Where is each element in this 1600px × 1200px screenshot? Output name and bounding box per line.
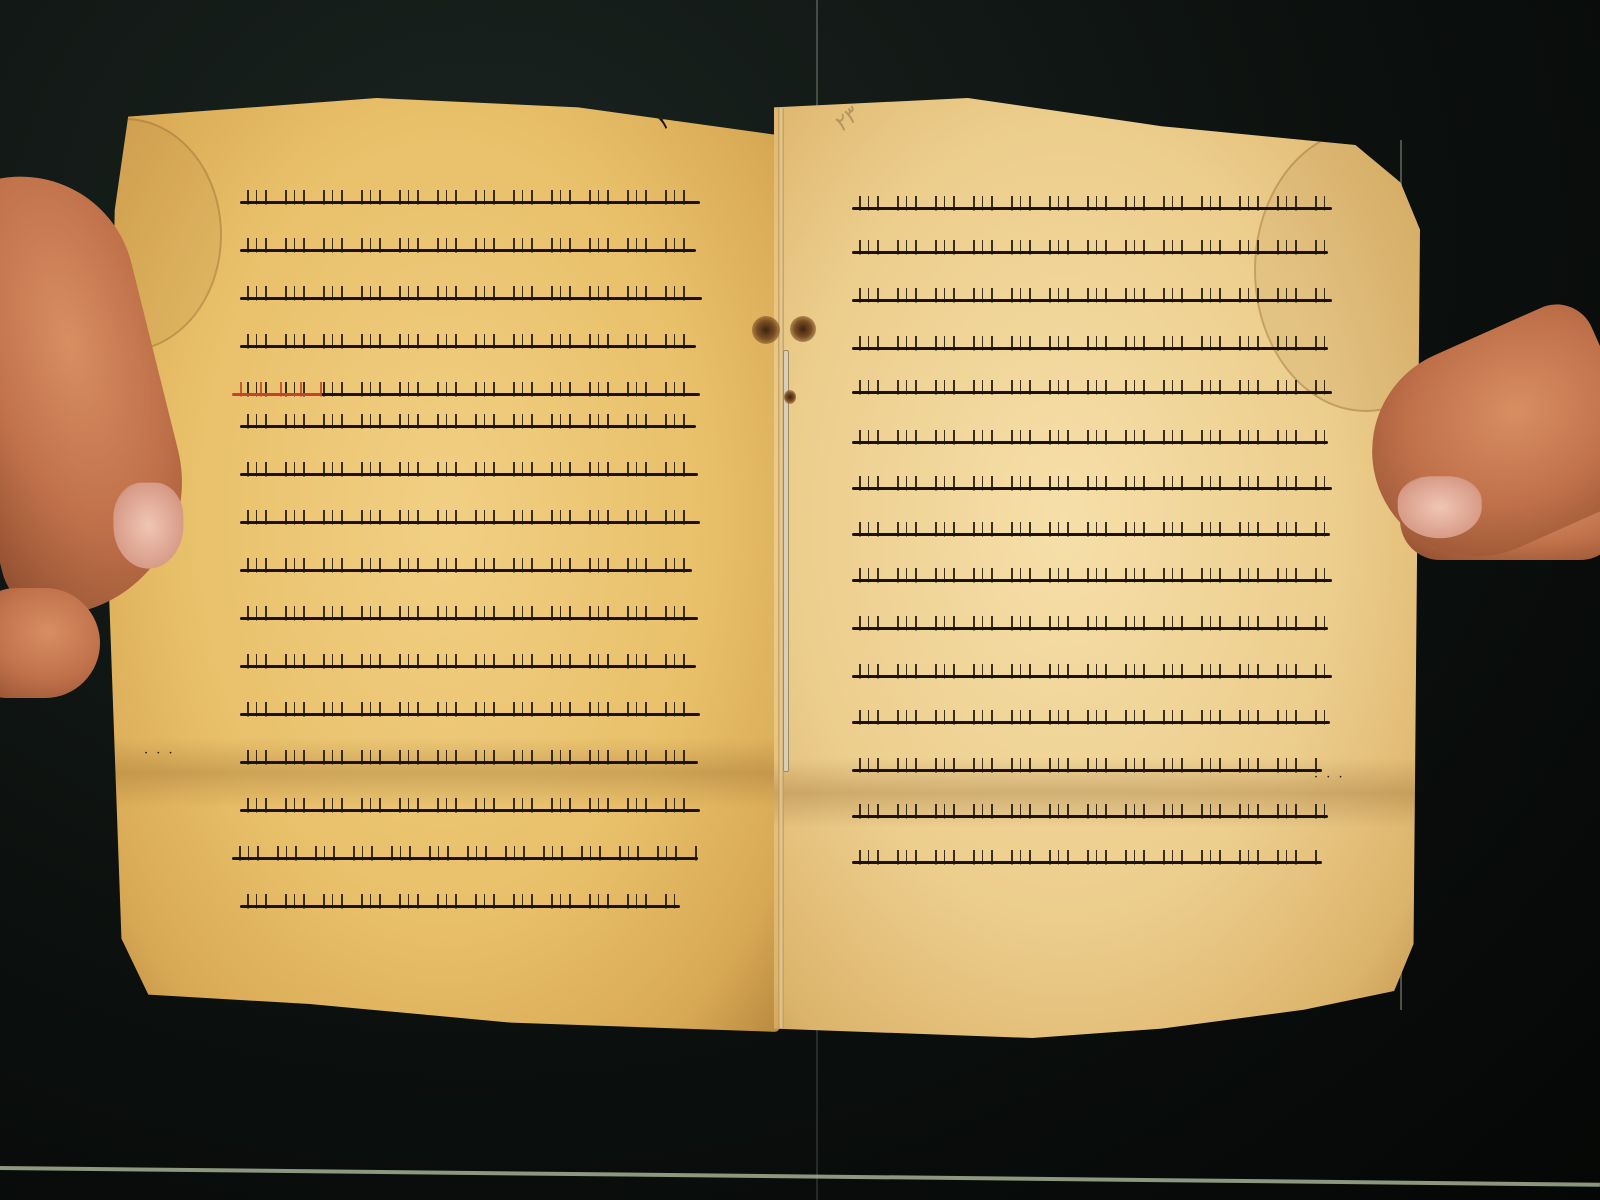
- text-line: [852, 430, 1328, 456]
- text-line: [240, 238, 696, 264]
- left-page: ٢٣ · · ·: [108, 98, 780, 1032]
- text-line: [240, 798, 700, 824]
- right-page: ٢٣ · · ·: [774, 98, 1420, 1038]
- text-line: [852, 758, 1322, 784]
- thumbnail: [113, 483, 183, 569]
- text-line: [852, 196, 1332, 222]
- stain-spot: [784, 390, 796, 404]
- text-line: [240, 654, 696, 680]
- text-line: [240, 462, 698, 488]
- text-line: [852, 476, 1332, 502]
- text-line: [240, 606, 698, 632]
- text-line: [240, 894, 680, 920]
- text-line: [852, 664, 1332, 690]
- water-stain: [1254, 128, 1420, 412]
- text-line: [240, 702, 700, 728]
- thumbnail: [1398, 476, 1482, 538]
- left-hand-finger: [0, 588, 100, 698]
- text-line: [240, 510, 700, 536]
- text-line: [240, 190, 700, 216]
- faint-folio-number: ٢٣: [829, 103, 863, 137]
- open-manuscript: ٢٣ · · · ٢٣ · · ·: [0, 0, 1600, 1200]
- text-line: [240, 334, 696, 360]
- text-line: [852, 380, 1332, 406]
- text-line: [852, 616, 1328, 642]
- binding-thread: [783, 350, 789, 772]
- text-line: [852, 804, 1328, 830]
- text-line: [852, 240, 1328, 266]
- text-line: [852, 850, 1322, 876]
- text-line: [852, 336, 1328, 362]
- text-line: [852, 710, 1330, 736]
- text-line: [852, 288, 1332, 314]
- rubric-red-heading: [232, 382, 322, 408]
- stain-spot: [752, 316, 780, 344]
- text-line: [240, 558, 692, 584]
- text-line: [240, 286, 702, 312]
- text-line: [852, 568, 1332, 594]
- text-line: [232, 846, 698, 872]
- folio-number: ٢٣: [651, 101, 685, 135]
- text-line: [240, 414, 696, 440]
- stain-spot: [790, 316, 816, 342]
- marginal-note: · · ·: [144, 746, 175, 761]
- text-line: [852, 522, 1330, 548]
- text-line: [240, 750, 698, 776]
